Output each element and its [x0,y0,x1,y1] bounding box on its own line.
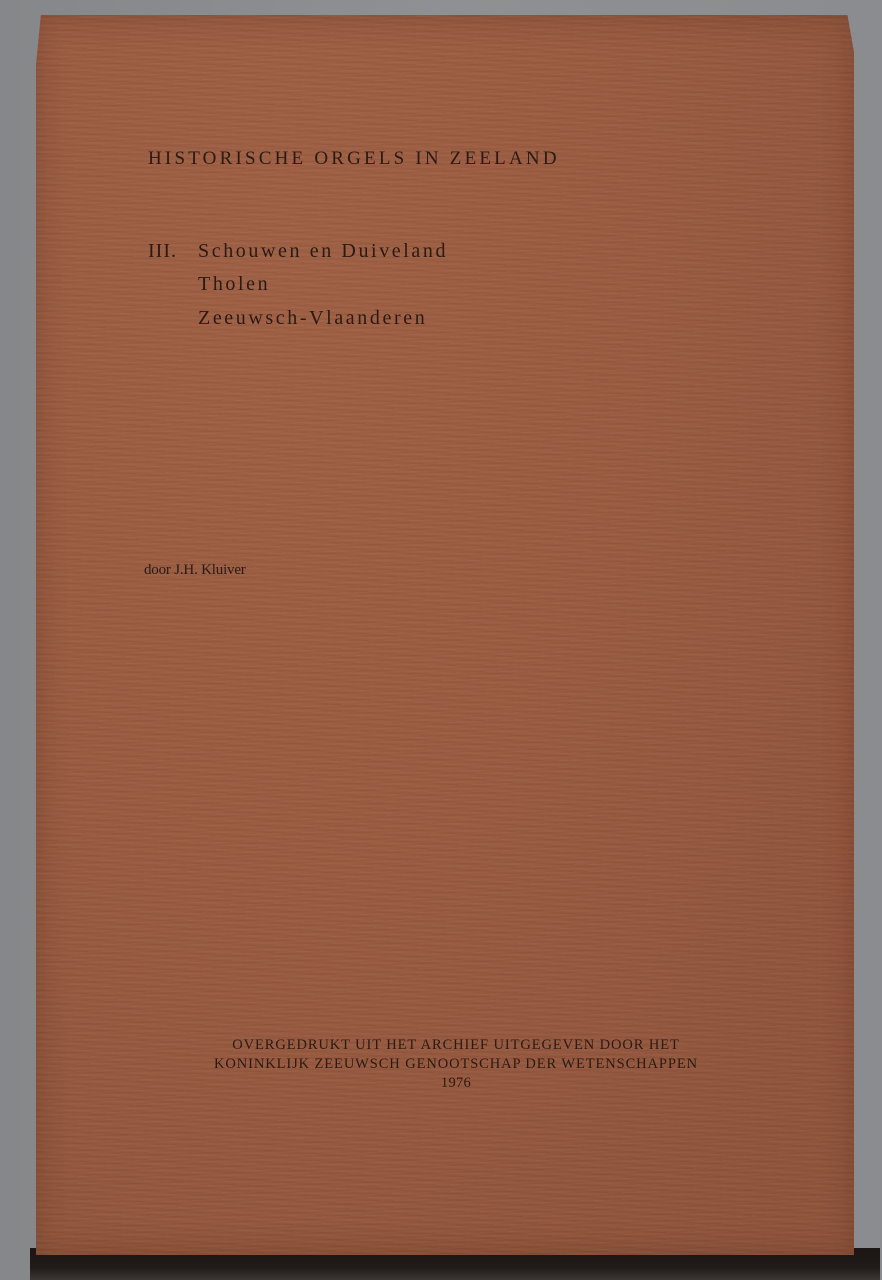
imprint-year: 1976 [136,1075,776,1092]
volume-number: III. [148,240,177,263]
imprint-line-2: KONINKLIJK ZEEUWSCH GENOOTSCHAP DER WETE… [136,1056,776,1073]
region-zeeuwsch-vlaanderen: Zeeuwsch-Vlaanderen [198,307,427,330]
region-tholen: Tholen [198,273,270,296]
region-schouwen-duiveland: Schouwen en Duiveland [198,240,448,263]
series-title: HISTORISCHE ORGELS IN ZEELAND [148,148,560,170]
author-line: door J.H. Kluiver [144,562,246,579]
book-cover: HISTORISCHE ORGELS IN ZEELAND III. Schou… [36,15,854,1255]
imprint-line-1: OVERGEDRUKT UIT HET ARCHIEF UITGEGEVEN D… [136,1037,776,1054]
